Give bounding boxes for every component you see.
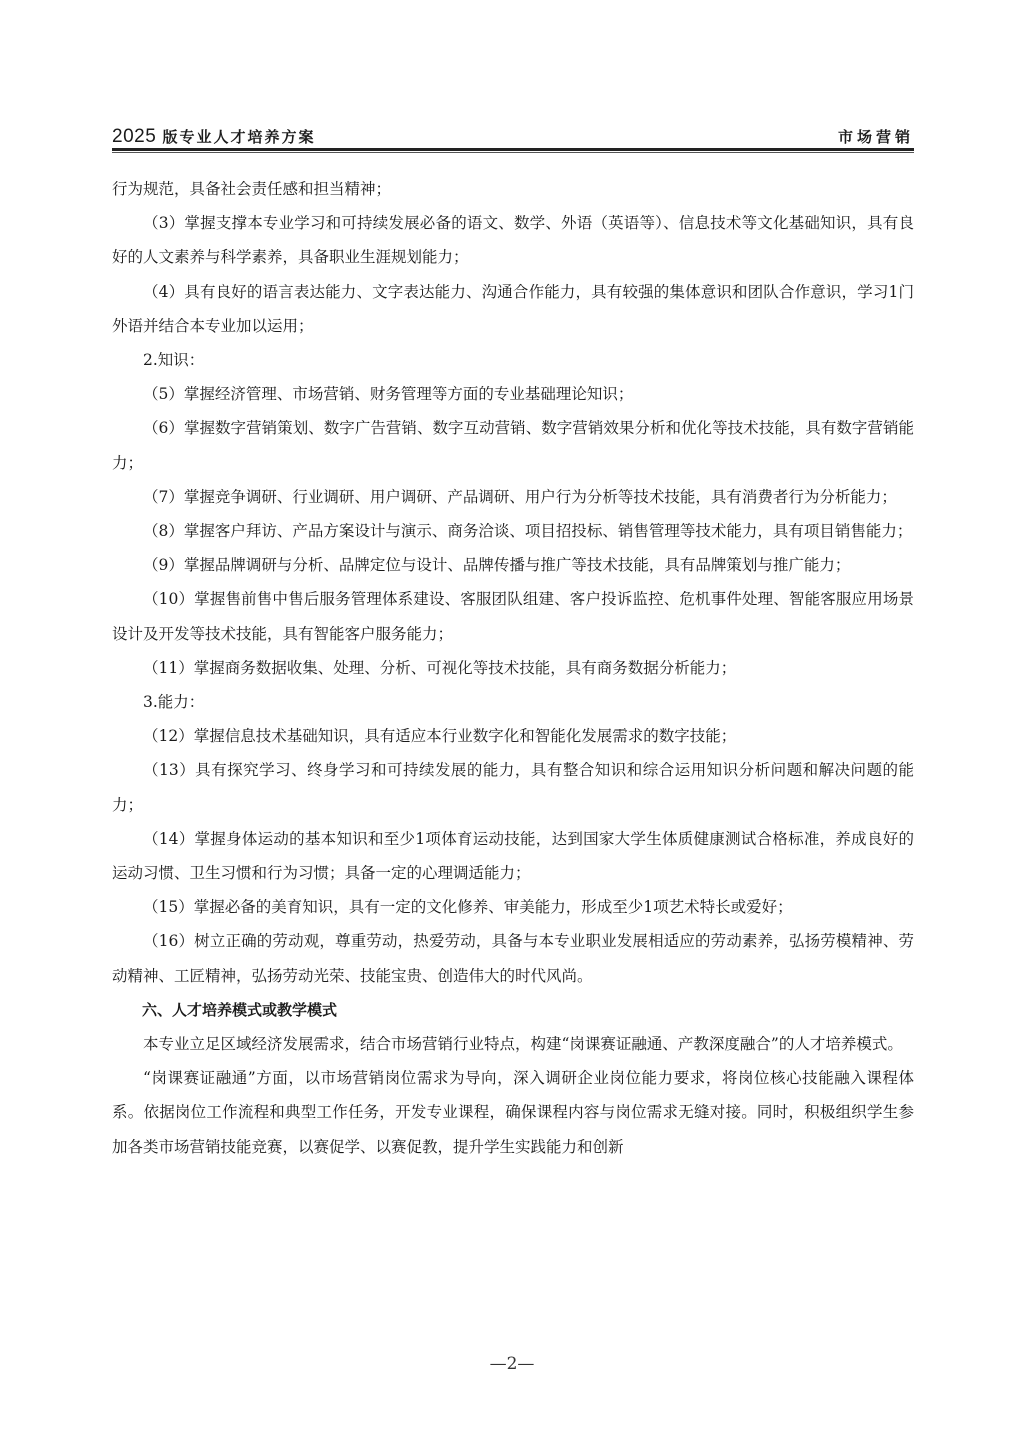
list-item-7: （7）掌握竞争调研、行业调研、用户调研、产品调研、用户行为分析等技术技能，具有消… [112,480,914,514]
list-item-3: （3）掌握支撑本专业学习和可持续发展必备的语文、数学、外语（英语等）、信息技术等… [112,206,914,274]
paragraph-continuation: 行为规范，具备社会责任感和担当精神； [112,172,914,206]
paragraph-training-mode-intro: 本专业立足区域经济发展需求，结合市场营销行业特点，构建“岗课赛证融通、产教深度融… [112,1027,914,1061]
section-heading-training-mode: 六、人才培养模式或教学模式 [112,993,914,1027]
list-item-8: （8）掌握客户拜访、产品方案设计与演示、商务洽谈、项目招投标、销售管理等技术能力… [112,514,914,548]
header-title: 版专业人才培养方案 [163,128,316,146]
list-item-15: （15）掌握必备的美育知识，具有一定的文化修养、审美能力，形成至少1项艺术特长或… [112,890,914,924]
header-major-name: 市场营销 [838,126,914,148]
list-item-13: （13）具有探究学习、终身学习和可持续发展的能力，具有整合知识和综合运用知识分析… [112,753,914,821]
list-item-11: （11）掌握商务数据收集、处理、分析、可视化等技术技能，具有商务数据分析能力； [112,651,914,685]
list-item-5: （5）掌握经济管理、市场营销、财务管理等方面的专业基础理论知识； [112,377,914,411]
document-body: 行为规范，具备社会责任感和担当精神； （3）掌握支撑本专业学习和可持续发展必备的… [112,172,914,1164]
subheading-knowledge: 2.知识： [112,343,914,377]
list-item-14: （14）掌握身体运动的基本知识和至少1项体育运动技能，达到国家大学生体质健康测试… [112,822,914,890]
header-divider-thin [112,152,914,153]
list-item-9: （9）掌握品牌调研与分析、品牌定位与设计、品牌传播与推广等技术技能，具有品牌策划… [112,548,914,582]
list-item-12: （12）掌握信息技术基础知识，具有适应本行业数字化和智能化发展需求的数字技能； [112,719,914,753]
list-item-10: （10）掌握售前售中售后服务管理体系建设、客服团队组建、客户投诉监控、危机事件处… [112,582,914,650]
header-year: 2025 [112,126,156,147]
page-number: —2— [0,1353,1024,1375]
header-divider [112,148,914,154]
list-item-16: （16）树立正确的劳动观，尊重劳动，热爱劳动，具备与本专业职业发展相适应的劳动素… [112,924,914,992]
header-document-title: 2025 版专业人才培养方案 [112,126,316,148]
page-header: 2025 版专业人才培养方案 市场营销 [112,126,914,148]
subheading-ability: 3.能力： [112,685,914,719]
paragraph-integration: “岗课赛证融通”方面，以市场营销岗位需求为导向，深入调研企业岗位能力要求，将岗位… [112,1061,914,1164]
list-item-6: （6）掌握数字营销策划、数字广告营销、数字互动营销、数字营销效果分析和优化等技术… [112,411,914,479]
list-item-4: （4）具有良好的语言表达能力、文字表达能力、沟通合作能力，具有较强的集体意识和团… [112,275,914,343]
